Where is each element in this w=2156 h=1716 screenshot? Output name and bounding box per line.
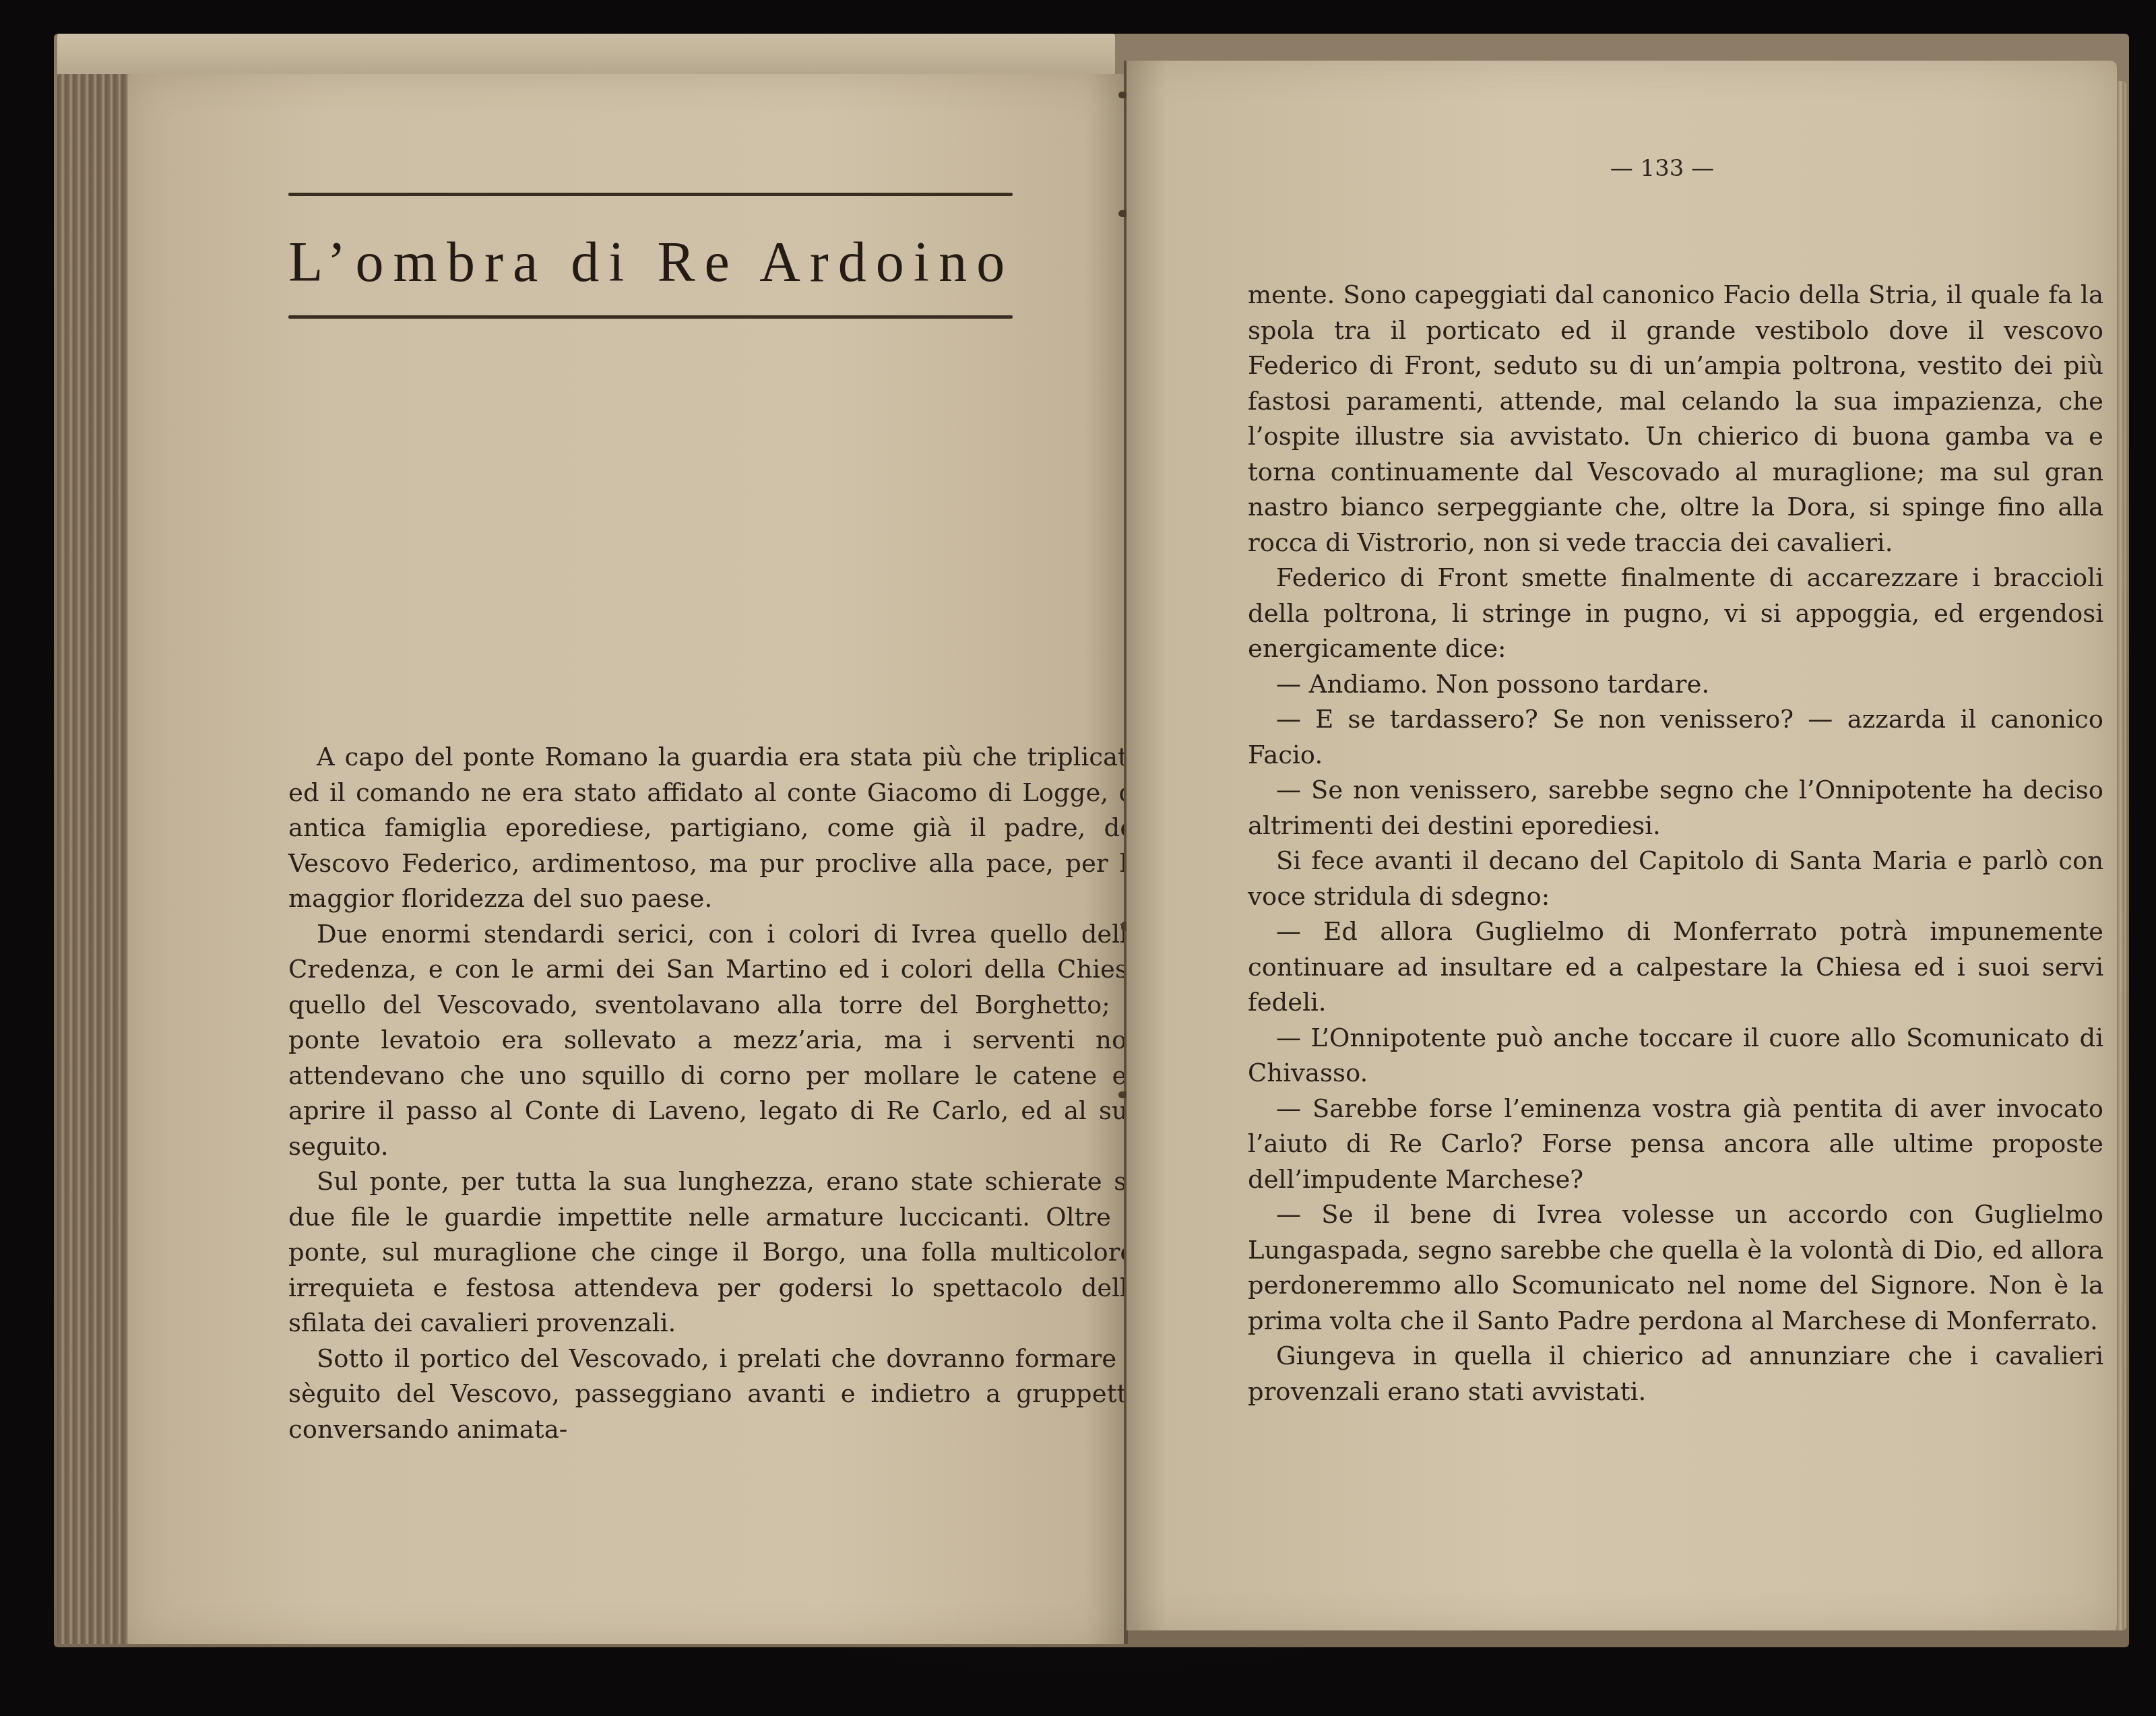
dialogue-line: — E se tardassero? Se non venissero? — a… [1248,702,2103,773]
title-rule-bottom [288,315,1013,319]
paragraph: Si fece avanti il decano del Capitolo di… [1248,844,2103,914]
dialogue-line: — Ed allora Guglielmo di Monferrato potr… [1248,914,2103,1021]
photo-scene: L’ombra di Re Ardoino A capo del ponte R… [0,0,2156,1716]
chapter-heading: L’ombra di Re Ardoino [288,193,1013,319]
page-stack-left [57,74,131,1644]
dialogue-line: — Se il bene di Ivrea volesse un accordo… [1248,1197,2103,1339]
paragraph: Sotto il portico del Vescovado, i prelat… [288,1341,1143,1448]
page-number: — 133 — [1127,155,2117,182]
dialogue-line: — Sarebbe forse l’eminenza vostra già pe… [1248,1091,2103,1198]
left-page-body: A capo del ponte Romano la guardia era s… [288,740,1143,1447]
paragraph: A capo del ponte Romano la guardia era s… [288,740,1143,917]
dialogue-line: — L’Onnipotente può anche toccare il cuo… [1248,1021,2103,1091]
paragraph: Due enormi stendardi serici, con i color… [288,917,1143,1165]
chapter-title: L’ombra di Re Ardoino [288,196,1013,315]
paragraph: Sul ponte, per tutta la sua lunghezza, e… [288,1164,1143,1341]
right-page: — 133 — mente. Sono capeggiati dal canon… [1127,61,2117,1630]
right-page-body: mente. Sono capeggiati dal canonico Faci… [1248,278,2103,1409]
dialogue-line: — Andiamo. Non possono tardare. [1248,667,2103,703]
book-top-edge [57,34,1115,74]
paragraph: Giungeva in quella il chierico ad annunz… [1248,1339,2103,1409]
paragraph: Federico di Front smette finalmente di a… [1248,561,2103,667]
paragraph: mente. Sono capeggiati dal canonico Faci… [1248,278,2103,561]
left-page: L’ombra di Re Ardoino A capo del ponte R… [128,74,1125,1644]
dialogue-line: — Se non venissero, sarebbe segno che l’… [1248,773,2103,844]
